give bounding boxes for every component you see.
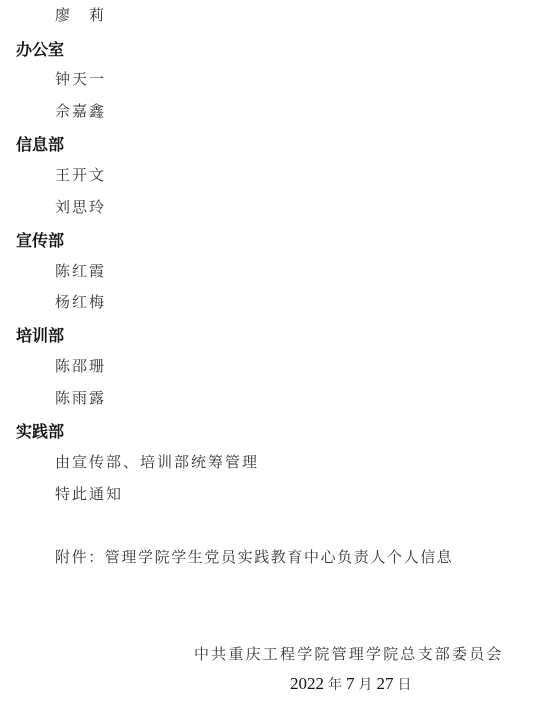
department-heading-information: 信息部 [16, 132, 64, 155]
department-heading-practice: 实践部 [16, 419, 64, 442]
member-name: 王开文 [55, 164, 106, 185]
signature-organization: 中共重庆工程学院管理学院总支部委员会 [194, 643, 504, 664]
member-name: 陈红霞 [55, 260, 106, 281]
date-day: 27 [377, 674, 394, 693]
member-name: 廖 莉 [55, 4, 106, 25]
attachment-note: 附件：管理学院学生党员实践教育中心负责人个人信息 [55, 546, 453, 567]
date-month-unit: 月 [359, 677, 373, 693]
member-name: 陈雨露 [55, 387, 106, 408]
member-name: 刘思玲 [55, 196, 106, 217]
date-day-unit: 日 [398, 677, 412, 693]
notice-closing: 特此通知 [55, 483, 123, 504]
department-heading-office: 办公室 [16, 37, 64, 60]
date-year: 2022 [290, 674, 324, 693]
member-name: 佘嘉鑫 [55, 100, 106, 121]
date-year-unit: 年 [328, 677, 342, 693]
signature-date: 2022年7月27日 [290, 674, 416, 694]
date-month: 7 [346, 674, 355, 693]
department-heading-training: 培训部 [16, 323, 64, 346]
member-name: 杨红梅 [55, 291, 106, 312]
member-name: 陈邵珊 [55, 355, 106, 376]
member-name: 钟天一 [55, 68, 106, 89]
practice-management-note: 由宣传部、培训部统筹管理 [55, 451, 259, 472]
department-heading-publicity: 宣传部 [16, 228, 64, 251]
